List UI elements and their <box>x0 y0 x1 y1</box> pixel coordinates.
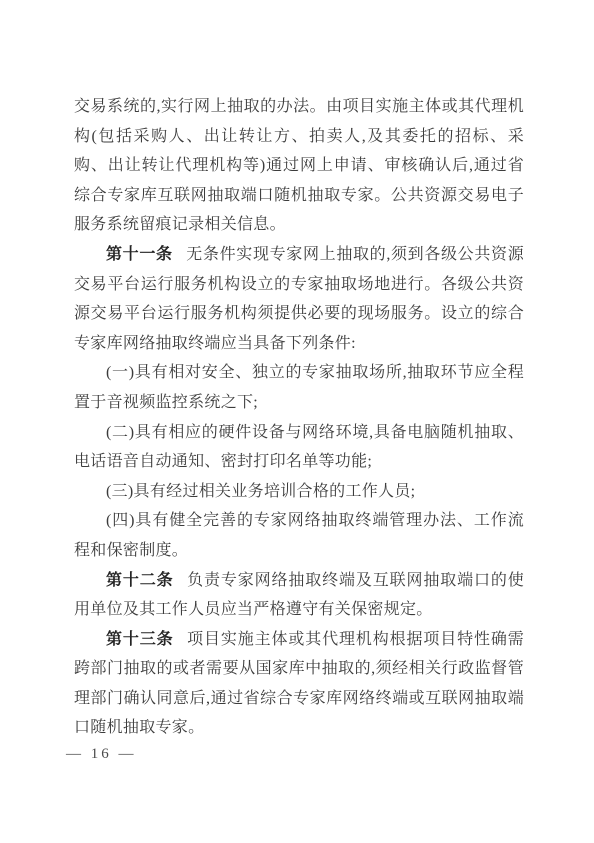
paragraph-text: (二)具有相应的硬件设备与网络环境,具备电脑随机抽取、电话语音自动通知、密封打印… <box>74 424 524 471</box>
paragraph-article-12: 第十二条负责专家网络抽取终端及互联网抽取端口的使用单位及其工作人员应当严格遵守有… <box>74 566 524 625</box>
page-number-label: — 16 — <box>66 746 137 762</box>
paragraph-item-3: (三)具有经过相关业务培训合格的工作人员; <box>74 477 524 507</box>
article-number: 第十二条 <box>106 572 174 589</box>
paragraph-article-11: 第十一条无条件实现专家网上抽取的,须到各级公共资源交易平台运行服务机构设立的专家… <box>74 240 524 358</box>
document-page: 交易系统的,实行网上抽取的办法。由项目实施主体或其代理机构(包括采购人、出让转让… <box>0 0 594 843</box>
paragraph-text: 交易系统的,实行网上抽取的办法。由项目实施主体或其代理机构(包括采购人、出让转让… <box>74 98 524 233</box>
paragraph-item-2: (二)具有相应的硬件设备与网络环境,具备电脑随机抽取、电话语音自动通知、密封打印… <box>74 418 524 477</box>
paragraph-item-1: (一)具有相对安全、独立的专家抽取场所,抽取环节应全程置于音视频监控系统之下; <box>74 358 524 417</box>
paragraph-text: (三)具有经过相关业务培训合格的工作人员; <box>106 483 415 500</box>
paragraph-item-4: (四)具有健全完善的专家网络抽取终端管理办法、工作流程和保密制度。 <box>74 506 524 565</box>
article-number: 第十一条 <box>106 246 173 263</box>
paragraph-continuation: 交易系统的,实行网上抽取的办法。由项目实施主体或其代理机构(包括采购人、出让转让… <box>74 92 524 240</box>
paragraph-text: (四)具有健全完善的专家网络抽取终端管理办法、工作流程和保密制度。 <box>74 512 524 559</box>
paragraph-text: (一)具有相对安全、独立的专家抽取场所,抽取环节应全程置于音视频监控系统之下; <box>74 364 524 411</box>
paragraph-article-13: 第十三条项目实施主体或其代理机构根据项目特性确需跨部门抽取的或者需要从国家库中抽… <box>74 625 524 743</box>
page-footer: — 16 — <box>66 744 137 764</box>
article-number: 第十三条 <box>106 631 174 648</box>
document-body: 交易系统的,实行网上抽取的办法。由项目实施主体或其代理机构(包括采购人、出让转让… <box>74 92 524 743</box>
